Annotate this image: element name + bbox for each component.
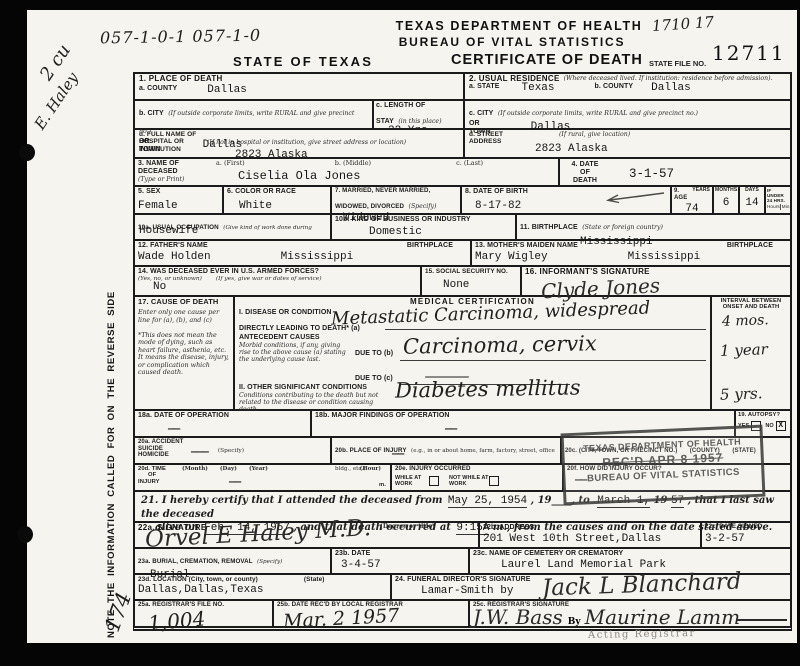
field-date-received: 25b. DATE REC'D BY LOCAL REGISTRAR Mar. … <box>274 601 470 627</box>
industry-value: Domestic <box>369 227 512 239</box>
accident-value: ——— <box>191 447 208 459</box>
autopsy-label: 19. AUTOPSY? <box>738 412 788 418</box>
certificate-form: 1. PLACE OF DEATH a. COUNTY Dallas b. CI… <box>133 72 792 631</box>
residence-county-value: Dallas <box>651 83 691 95</box>
hole-punch-bottom <box>17 526 33 543</box>
field-color-race: 6. COLOR OR RACE White <box>224 187 332 213</box>
registrar-by-label: By <box>568 617 581 627</box>
occupation-value: Housewife <box>139 226 198 238</box>
accident-label2: SUICIDE <box>138 446 183 453</box>
write-line-a <box>385 329 706 330</box>
length-of-stay-note: (in this place) <box>398 118 441 125</box>
length-of-stay-label: c. LENGTH OF <box>376 102 461 110</box>
residence-or-label: OR <box>469 120 491 128</box>
length-of-stay-value: 32 Yrs. <box>388 126 461 128</box>
field-date-of-operation: 18a. DATE OF OPERATION —— <box>135 411 312 436</box>
field-medical-certification: MEDICAL CERTIFICATION I. DISEASE OR COND… <box>235 297 712 409</box>
antecedent-note: Morbid conditions, if any, giving rise t… <box>239 342 349 363</box>
field-birthplace: 11. BIRTHPLACE (State or foreign country… <box>517 215 790 239</box>
hours-label: Hours <box>767 204 781 209</box>
cemetery-value: Laurel Land Memorial Park <box>501 560 787 572</box>
signature-strike <box>736 619 787 621</box>
other-conditions-value: Diabetes mellitus <box>395 375 581 402</box>
hour-label: (Hour) <box>360 466 381 485</box>
acting-registrar-stamp: Acting Registrar <box>588 628 696 641</box>
field-burial-location: 23d. LOCATION (City, town, or county) (S… <box>135 575 392 599</box>
ssn-value: None <box>443 280 517 292</box>
armed-forces-note1: (Yes, no, or unknown) <box>138 276 202 283</box>
field-marital-status: 7. MARRIED, NEVER MARRIED, WIDOWED, DIVO… <box>332 187 462 213</box>
year-label: (Year) <box>249 466 268 485</box>
write-line-b <box>400 360 706 361</box>
field-time-of-injury: 20d. TIME OF INJURY (Month) (Day) (Year)… <box>135 465 392 490</box>
street-label1: d. STREET <box>469 131 529 138</box>
ssn-label: 15. SOCIAL SECURITY NO. <box>425 268 517 275</box>
field-name-of-deceased: 3. NAME OF DECEASED (Type or Print) a. (… <box>135 159 560 185</box>
age-years-label: YEARS <box>692 188 710 201</box>
received-stamp: TEXAS DEPARTMENT OF HEALTH REC'D APR 8 1… <box>561 425 766 506</box>
row-service-informant: 14. WAS DECEASED EVER IN U.S. ARMED FORC… <box>135 267 790 297</box>
marital-label2: WIDOWED, DIVORCED <box>335 203 404 210</box>
findings-label: 18b. MAJOR FINDINGS OF OPERATION <box>315 412 731 420</box>
field-burial: 23a. BURIAL, CREMATION, REMOVAL (Specify… <box>135 549 332 573</box>
certify-from-value: May 25, 1954 <box>448 495 527 508</box>
last-label: c. (Last) <box>456 160 483 167</box>
field-industry: 10b. KIND OF BUSINESS OR INDUSTRY Domest… <box>332 215 517 239</box>
county-of-death-value: Dallas <box>207 85 247 97</box>
name-label2: DECEASED <box>138 168 216 176</box>
interval-c-value: 5 yrs. <box>720 384 763 403</box>
date-of-death-value: 3-1-57 <box>629 168 674 184</box>
field-accident-suicide-homicide: 20a. ACCIDENT SUICIDE HOMICIDE (Specify)… <box>135 438 332 463</box>
row-medical-certification: 17. CAUSE OF DEATH Enter only one cause … <box>135 297 790 411</box>
sex-value: Female <box>138 201 219 213</box>
interval-b-value: 1 year <box>720 340 768 360</box>
month-label: (Month) <box>182 466 208 485</box>
date-signed-value: 3-2-57 <box>705 534 787 546</box>
date-signed-label: 22c. DATE SIGNED <box>705 524 787 531</box>
field-burial-date: 23b. DATE 3-4-57 <box>332 549 470 573</box>
race-label: 6. COLOR OR RACE <box>227 188 327 196</box>
not-while-at-work-checkbox <box>489 476 499 486</box>
father-label: 12. FATHER'S NAME <box>138 242 208 250</box>
burial-label: 23a. BURIAL, CREMATION, REMOVAL <box>138 558 253 565</box>
armed-forces-value: No <box>153 282 166 294</box>
field-registrar-file-no: 25a. REGISTRAR'S FILE NO. 1,004 <box>135 601 274 627</box>
field-usual-residence: 2. USUAL RESIDENCE (Where deceased lived… <box>465 74 790 157</box>
field-armed-forces: 14. WAS DECEASED EVER IN U.S. ARMED FORC… <box>135 267 422 295</box>
field-funeral-director: 24. FUNERAL DIRECTOR'S SIGNATURE Lamar-S… <box>392 575 790 599</box>
name-sub: (Type or Print) <box>138 176 216 183</box>
location-state-label: (State) <box>304 576 325 583</box>
other-conditions-label: II. OTHER SIGNIFICANT CONDITIONS <box>239 384 367 392</box>
accident-label1: 20a. ACCIDENT <box>138 439 183 446</box>
field-interval-column: INTERVAL BETWEEN ONSET AND DEATH 4 mos. … <box>712 297 790 409</box>
residence-state-value: Texas <box>522 83 555 95</box>
state-file-no-label: STATE FILE NO. <box>649 59 706 68</box>
row-physician: 22a. SIGNATURE (Degree or title) Orvel E… <box>135 523 790 549</box>
field-date-of-birth: 8. DATE OF BIRTH 8-17-82 <box>462 187 672 213</box>
registrar-signature-value: J.W. Bass <box>473 605 563 629</box>
while-at-work-checkbox <box>429 476 439 486</box>
marital-note: (Specify) <box>409 203 437 210</box>
first-label: a. (First) <box>216 160 245 167</box>
city-note: (If outside corporate limits, write RURA… <box>139 110 354 135</box>
age-label: 9. AGE <box>674 188 692 201</box>
field-father: 12. FATHER'S NAME BIRTHPLACE Wade Holden… <box>135 241 472 265</box>
dod-label2: OF <box>563 169 607 177</box>
field-mother: 13. MOTHER'S MAIDEN NAME BIRTHPLACE Mary… <box>472 241 790 265</box>
sex-label: 5. SEX <box>138 188 219 196</box>
accident-label3: HOMICIDE <box>138 452 183 459</box>
field-date-of-death: 4. DATE OF DEATH 3-1-57 <box>560 159 790 185</box>
min-label: Min. <box>781 204 790 209</box>
field-physician-signature: 22a. SIGNATURE (Degree or title) Orvel E… <box>135 523 480 547</box>
residence-county-label: b. COUNTY <box>595 83 634 95</box>
marital-label1: 7. MARRIED, NEVER MARRIED, <box>335 188 457 195</box>
accident-note: (Specify) <box>218 448 244 454</box>
disease-label1: I. DISEASE OR CONDITION <box>239 309 332 317</box>
handwritten-file-codes: 057-1-0-1 057-1-0 <box>100 26 261 48</box>
row-occupation: 10a. USUAL OCCUPATION (Give kind of work… <box>135 215 790 241</box>
under-24-label: IF UNDER 24 HRS. <box>767 188 789 203</box>
field-registrar-signature: 25c. REGISTRAR'S SIGNATURE J.W. Bass By … <box>470 601 790 627</box>
field-place-of-death: 1. PLACE OF DEATH a. COUNTY Dallas b. CI… <box>135 74 465 157</box>
cemetery-label: 23c. NAME OF CEMETERY OR CREMATORY <box>473 550 787 558</box>
father-birthplace-value: Mississippi <box>281 252 354 264</box>
row-place-residence: 1. PLACE OF DEATH a. COUNTY Dallas b. CI… <box>135 74 790 159</box>
due-to-b-label: DUE TO (b) <box>355 350 393 358</box>
operation-date-label: 18a. DATE OF OPERATION <box>138 412 307 420</box>
autopsy-no-label: NO <box>765 423 773 429</box>
age-days-value: 14 <box>741 198 763 210</box>
field-occupation: 10a. USUAL OCCUPATION (Give kind of work… <box>135 215 332 239</box>
birthplace-note: (State or foreign country) <box>582 224 663 231</box>
row-location-director: 23d. LOCATION (City, town, or county) (S… <box>135 575 790 601</box>
age-months-label: MONTHS <box>715 188 737 194</box>
cause-note1: Enter only one cause per line for (a), (… <box>138 309 230 324</box>
field-physician-address: 22b. ADDRESS 201 West 10th Street,Dallas <box>480 523 702 547</box>
burial-date-value: 3-4-57 <box>341 560 465 572</box>
mother-birthplace-label: BIRTHPLACE <box>727 242 773 250</box>
row-registrar: 25a. REGISTRAR'S FILE NO. 1,004 25b. DAT… <box>135 601 790 627</box>
place-of-death-title: 1. PLACE OF DEATH <box>139 75 459 84</box>
place-of-injury-value: —— <box>392 449 403 461</box>
age-days-label: DAYS <box>741 188 763 194</box>
degree-label: (Degree or title) <box>380 524 435 533</box>
header-state-of-texas: STATE OF TEXAS <box>233 54 373 69</box>
armed-forces-note2: (If yes, give war or dates of service) <box>216 276 322 283</box>
field-date-signed: 22c. DATE SIGNED 3-2-57 <box>702 523 790 547</box>
field-cemetery: 23c. NAME OF CEMETERY OR CREMATORY Laure… <box>470 549 790 573</box>
row-name-dod: 3. NAME OF DECEASED (Type or Print) a. (… <box>135 159 790 187</box>
field-ssn: 15. SOCIAL SECURITY NO. None <box>422 267 522 295</box>
reverse-side-note: NOTE THE INFORMATION CALLED FOR ON THE R… <box>106 291 117 638</box>
dod-label3: DEATH <box>563 177 607 185</box>
autopsy-no-checkbox: X <box>776 421 786 431</box>
cause-note2: *This does not mean the mode of dying, s… <box>138 332 230 376</box>
race-value: White <box>239 201 327 213</box>
father-birthplace-label: BIRTHPLACE <box>407 242 453 250</box>
cause-label: 17. CAUSE OF DEATH <box>138 298 230 306</box>
not-while-at-work-label: NOT WHILE AT WORK <box>449 475 489 487</box>
time-injury-label3: INJURY <box>138 479 166 485</box>
injury-occurred-label: 20e. INJURY OCCURRED <box>395 466 559 473</box>
or-label: OR <box>139 138 161 146</box>
time-injury-value: —— <box>229 477 240 489</box>
due-to-c-label: DUE TO (c) <box>355 375 393 383</box>
address-label: 22b. ADDRESS <box>483 524 697 532</box>
address-value: 201 West 10th Street,Dallas <box>483 534 697 546</box>
length-of-stay-label2: STAY <box>376 118 394 125</box>
row-parents: 12. FATHER'S NAME BIRTHPLACE Wade Holden… <box>135 241 790 267</box>
industry-label: 10b. KIND OF BUSINESS OR INDUSTRY <box>335 216 512 224</box>
residence-state-label: a. STATE <box>469 83 500 95</box>
field-sex: 5. SEX Female <box>135 187 224 213</box>
residence-city-label: c. CITY <box>469 110 493 117</box>
burial-date-label: 23b. DATE <box>335 550 465 558</box>
cause-b-value: Carcinoma, cervix <box>403 331 597 358</box>
header-bureau: BUREAU OF VITAL STATISTICS <box>392 35 632 49</box>
street-label2: ADDRESS <box>469 138 529 145</box>
field-age: 9. AGEYEARS 74 MONTHS 6 DAYS 14 IF UNDER… <box>672 187 790 213</box>
town-label: TOWN <box>139 146 161 154</box>
field-injury-occurred: 20e. INJURY OCCURRED WHILE AT WORK NOT W… <box>392 465 564 490</box>
while-at-work-label: WHILE AT WORK <box>395 475 429 487</box>
location-label: 23d. LOCATION (City, town, or county) <box>138 576 258 583</box>
interval-a-value: 4 mos. <box>722 312 769 330</box>
father-name-value: Wade Holden <box>138 252 211 264</box>
row-vitals: 5. SEX Female 6. COLOR OR RACE White 7. … <box>135 187 790 215</box>
field-place-of-injury: 20b. PLACE OF INJURY (e.g., in or about … <box>332 438 562 463</box>
field-informant: 16. INFORMANT'S SIGNATURE Clyde Jones <box>522 267 790 295</box>
middle-label: b. (Middle) <box>335 160 371 167</box>
county-label: a. COUNTY <box>139 85 177 97</box>
deputy-signature-value: Maurine Lamm <box>585 605 740 629</box>
deceased-name-value: Ciselia Ola Jones <box>238 170 555 183</box>
mother-name-value: Mary Wigley <box>475 252 548 264</box>
city-of-death-value: Dallas <box>203 140 243 154</box>
mother-birthplace-value: Mississippi <box>628 252 701 264</box>
state-file-number: 12711 <box>712 41 786 65</box>
age-months-value: 6 <box>715 198 737 210</box>
header-certificate-title: CERTIFICATE OF DEATH <box>451 52 643 68</box>
operation-date-value: —— <box>168 424 307 436</box>
birthplace-label: 11. BIRTHPLACE <box>520 224 578 231</box>
header-department: TEXAS DEPARTMENT OF HEALTH <box>388 19 650 33</box>
street-address-value: 2823 Alaska <box>535 144 786 156</box>
certify-p1: 21. I hereby certify that I attended the… <box>141 495 442 506</box>
interval-label2: ONSET AND DEATH <box>714 304 788 310</box>
handwritten-arrow-icon <box>602 189 668 205</box>
hole-punch-top <box>19 144 35 161</box>
mother-label: 13. MOTHER'S MAIDEN NAME <box>475 242 578 250</box>
dod-label1: 4. DATE <box>563 161 607 169</box>
armed-forces-label: 14. WAS DECEASED EVER IN U.S. ARMED FORC… <box>138 268 417 276</box>
antecedent-label: ANTECEDENT CAUSES <box>239 334 320 342</box>
field-cause-of-death-label: 17. CAUSE OF DEATH Enter only one cause … <box>135 297 235 409</box>
name-label1: 3. NAME OF <box>138 160 216 168</box>
burial-note: (Specify) <box>257 559 282 565</box>
residence-city-note: (If outside corporate limits, write RURA… <box>498 110 698 117</box>
city-label: b. CITY <box>139 110 164 117</box>
time-m-label: m. <box>379 482 386 488</box>
location-value: Dallas,Dallas,Texas <box>138 585 387 597</box>
